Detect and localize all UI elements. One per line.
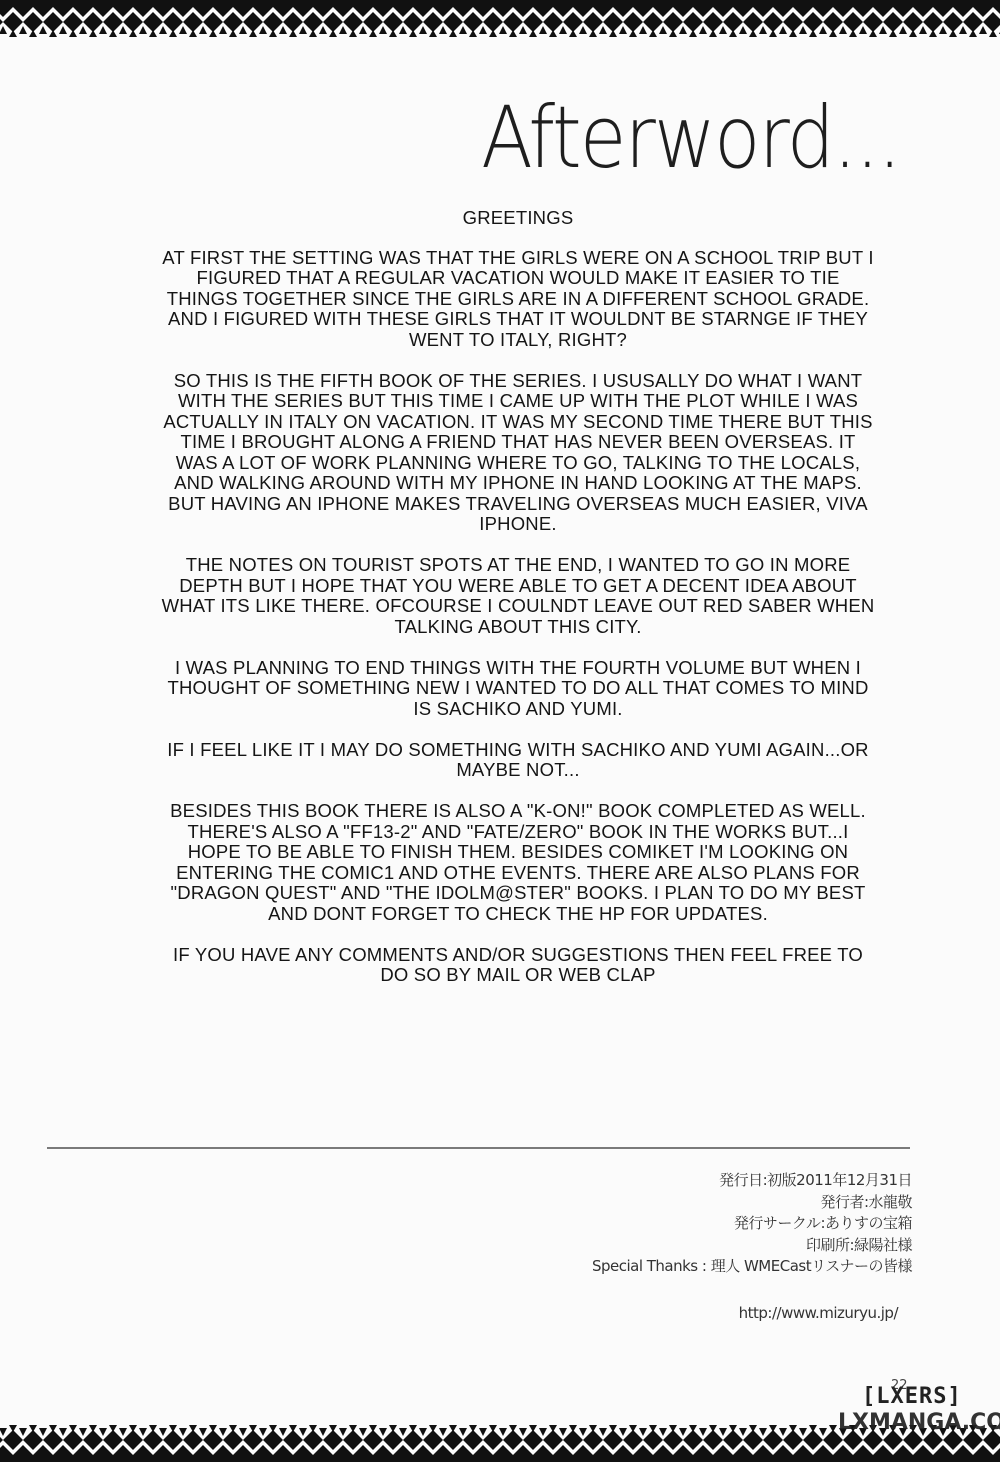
checkered-border-top (0, 0, 1000, 40)
paragraph: THE NOTES ON TOURIST SPOTS AT THE END, I… (160, 555, 876, 637)
afterword-body: GREETINGS AT FIRST THE SETTING WAS THAT … (160, 208, 876, 1006)
paragraph: I WAS PLANNING TO END THINGS WITH THE FO… (160, 658, 876, 720)
paragraph: BESIDES THIS BOOK THERE IS ALSO A "K-ON!… (160, 801, 876, 924)
paragraph: SO THIS IS THE FIFTH BOOK OF THE SERIES.… (160, 371, 876, 535)
publishing-circle: 発行サークル:ありすの宝箱 (592, 1213, 912, 1235)
section-heading: GREETINGS (160, 208, 876, 229)
special-thanks: Special Thanks : 理人 WMECastリスナーの皆様 (592, 1256, 912, 1278)
publisher: 発行者:水龍敬 (592, 1192, 912, 1214)
publication-date: 発行日:初版2011年12月31日 (592, 1170, 912, 1192)
page-title: Afterword... (481, 95, 900, 181)
watermark-site: LXMANGA.COM (838, 1410, 1000, 1435)
divider (47, 1147, 910, 1149)
website-link[interactable]: http://www.mizuryu.jp/ (739, 1304, 898, 1322)
colophon: 発行日:初版2011年12月31日 発行者:水龍敬 発行サークル:ありすの宝箱 … (592, 1170, 912, 1278)
paragraph: AT FIRST THE SETTING WAS THAT THE GIRLS … (160, 248, 876, 351)
paragraph: IF YOU HAVE ANY COMMENTS AND/OR SUGGESTI… (160, 945, 876, 986)
printer: 印刷所:緑陽社様 (592, 1235, 912, 1257)
paragraph: IF I FEEL LIKE IT I MAY DO SOMETHING WIT… (160, 740, 876, 781)
watermark-group: [LXERS] (862, 1384, 962, 1409)
